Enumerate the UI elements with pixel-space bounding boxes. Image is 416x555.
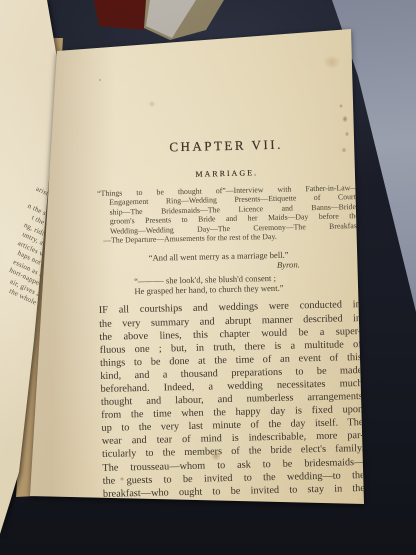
chapter-synopsis: “Things to be thought of”—Interview with… (96, 183, 359, 245)
epigraph-quote-2: “——— she look'd, she blush'd consent ;He… (98, 271, 360, 297)
book-photo-scene: TY.much as it wouldars or command black … (0, 0, 416, 555)
body-paragraph: IF all courtships and weddings were cond… (99, 298, 365, 500)
page-text-block: CHAPTER VII. MARRIAGE. “Things to be tho… (95, 136, 365, 501)
chapter-subheading: MARRIAGE. (96, 166, 358, 181)
epigraph: “And all went merry as a marriage bell.”… (98, 248, 361, 297)
chapter-heading: CHAPTER VII. (95, 136, 357, 156)
right-page: CHAPTER VII. MARRIAGE. “Things to be tho… (0, 0, 416, 555)
right-page-shadow: CHAPTER VII. MARRIAGE. “Things to be tho… (0, 0, 416, 555)
